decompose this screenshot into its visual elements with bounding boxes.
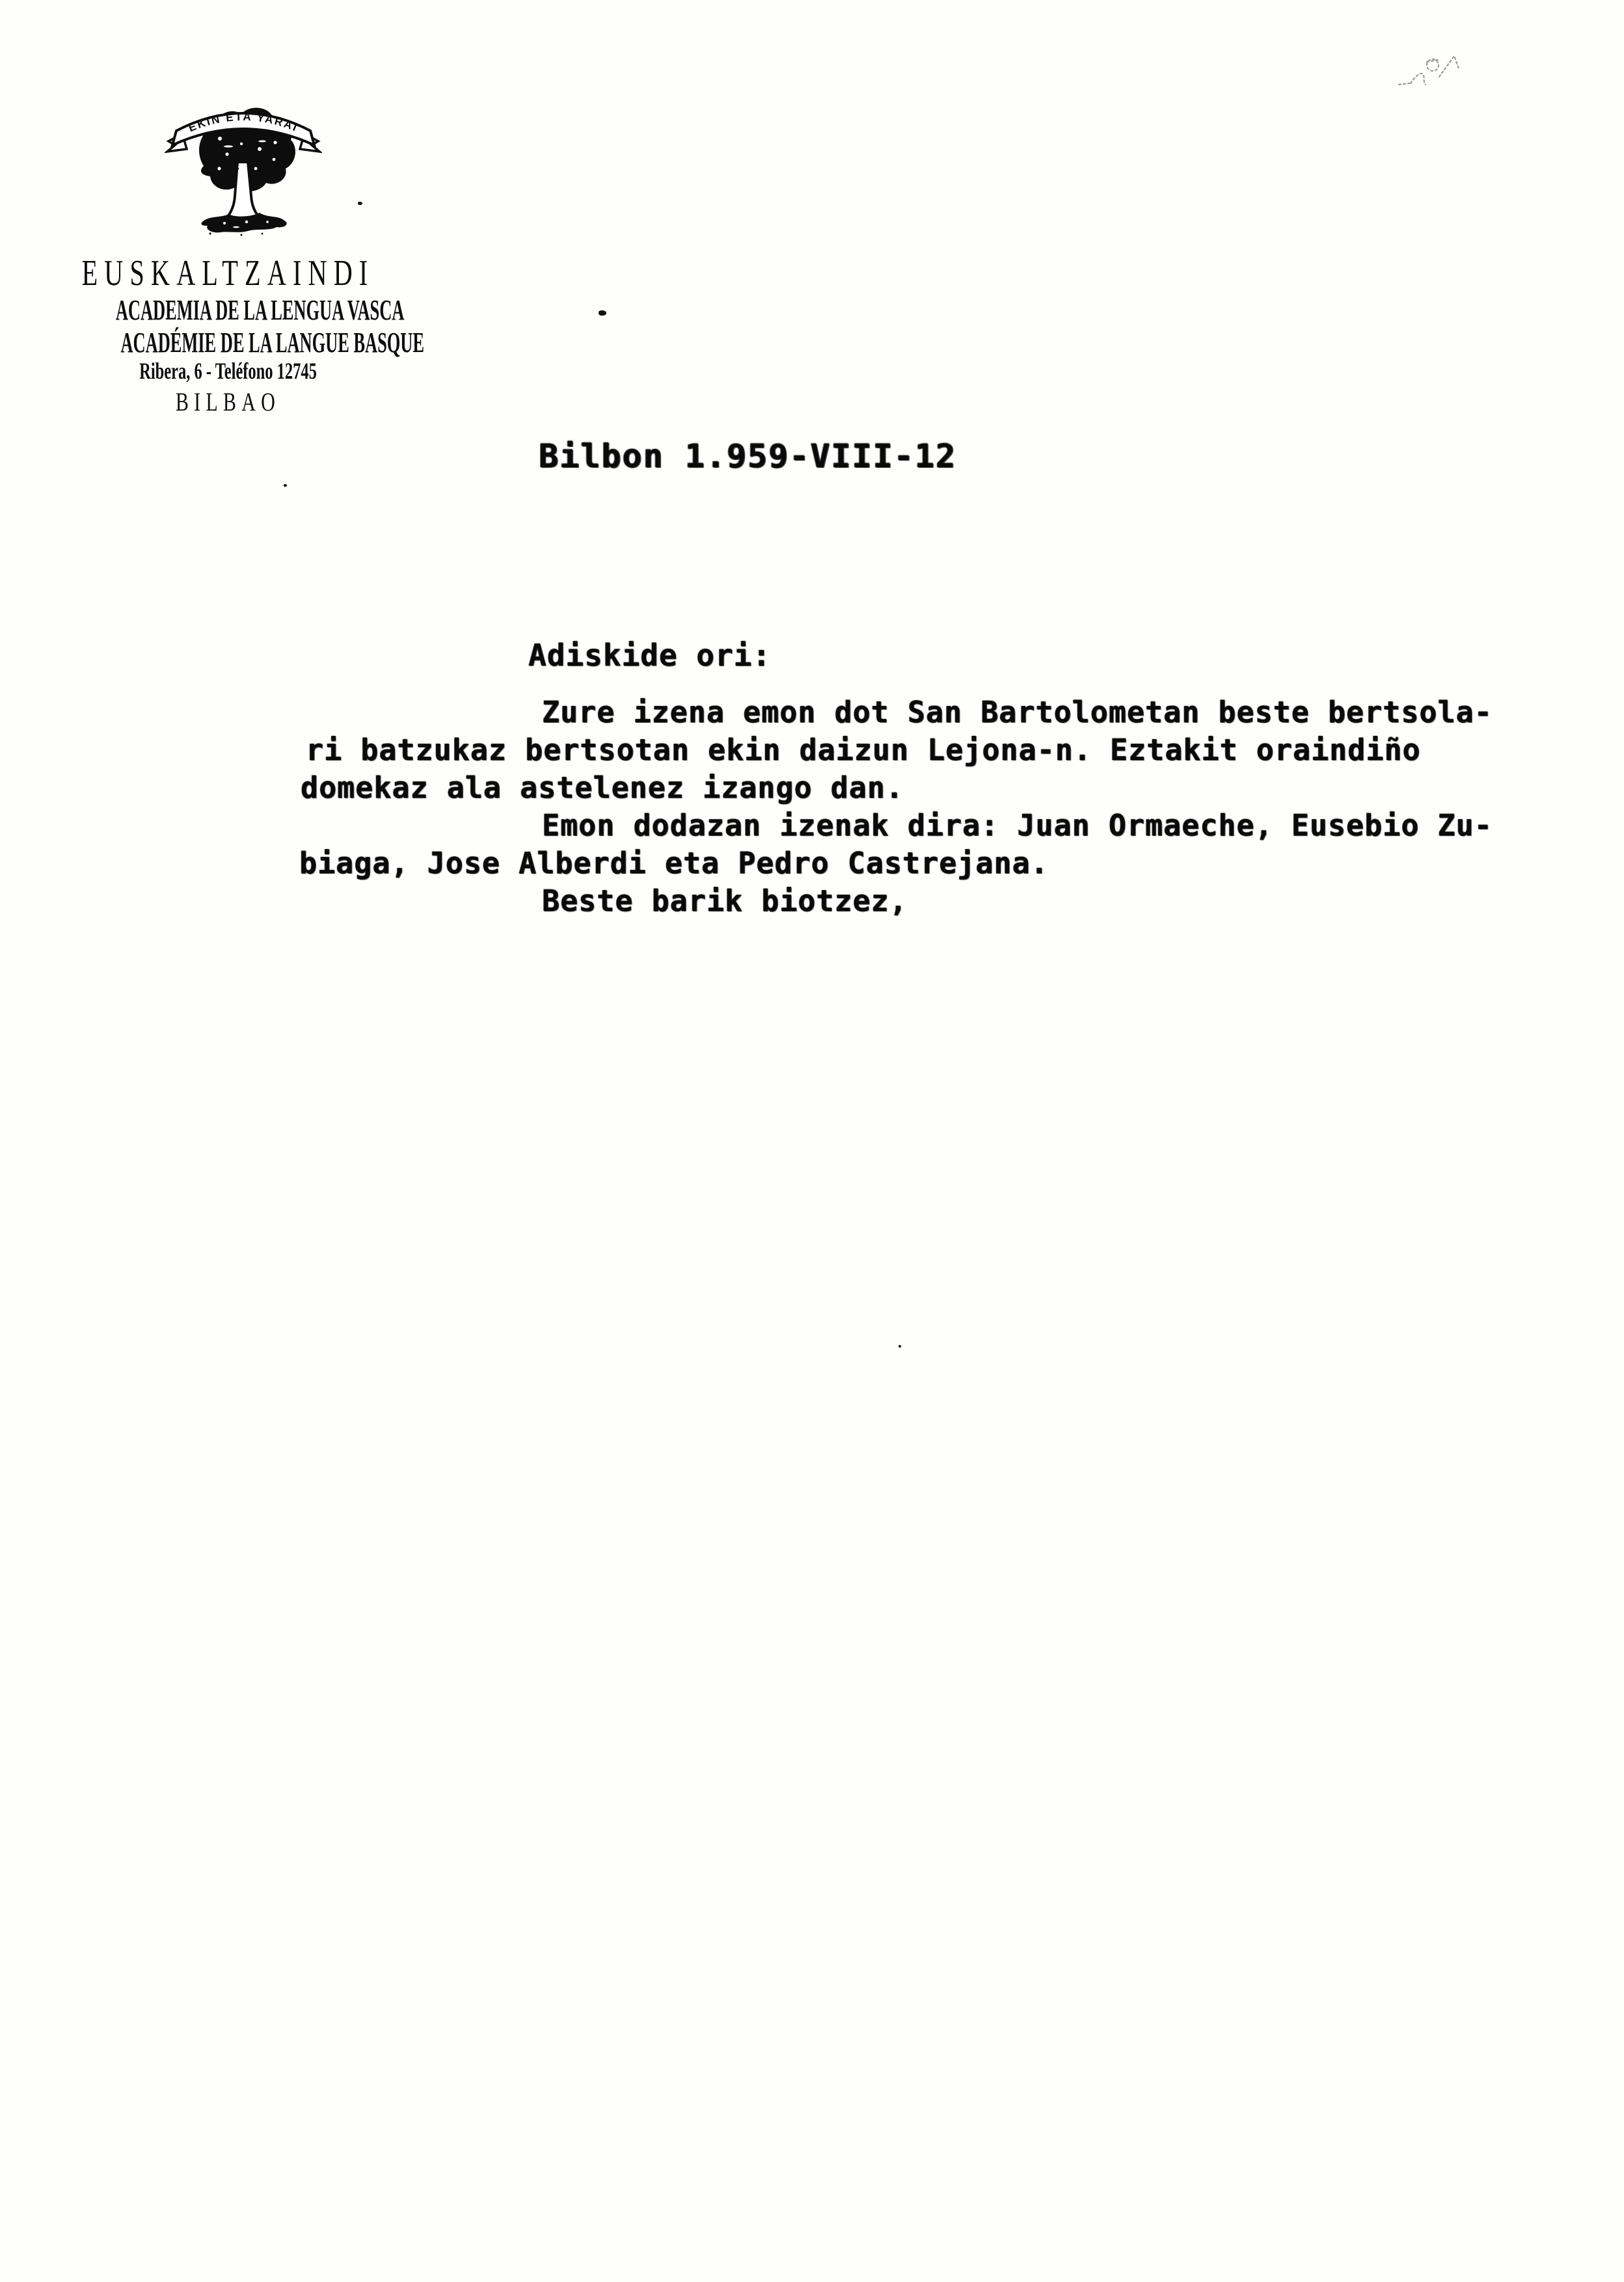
euskaltzaindia-emblem: EKIN ETA YARAI <box>165 87 322 236</box>
closing-line: Beste barik biotzez, <box>542 886 908 916</box>
subtitle-spanish-text: ACADEMIA DE LA LENGUA VASCA <box>116 296 405 325</box>
ink-speck <box>358 202 362 205</box>
body-line: domekaz ala astelenez izango dan. <box>301 773 904 802</box>
body-line: Emon dodazan izenak dira: Juan Ormaeche,… <box>542 811 1493 840</box>
org-name-text: EUSKALTZAINDI <box>81 255 374 292</box>
city-text: BILBAO <box>175 389 280 415</box>
org-name: EUSKALTZAINDI <box>20 255 436 292</box>
address-line: Ribera, 6 - Teléfono 12745 <box>20 359 436 383</box>
body-line: Zure izena emon dot San Bartolometan bes… <box>542 698 1493 727</box>
address-line-text: Ribera, 6 - Teléfono 12745 <box>139 359 317 383</box>
subtitle-french: ACADÉMIE DE LA LANGUE BASQUE <box>20 329 436 357</box>
salutation: Adiskide ori: <box>528 640 771 670</box>
body-line: ri batzukaz bertsotan ekin daizun Lejona… <box>306 735 1421 765</box>
city-line: BILBAO <box>20 389 436 415</box>
body-line: biaga, Jose Alberdi eta Pedro Castrejana… <box>299 849 1049 878</box>
letter-page: EKIN ETA YARAI EUSKALTZAINDI ACADEMIA DE… <box>0 0 1624 2282</box>
tree-of-gernika-logo-icon: EKIN ETA YARAI <box>165 87 322 236</box>
typed-dateline: Bilbon 1.959-VIII-12 <box>539 440 956 472</box>
ink-speck <box>899 1345 901 1348</box>
pencil-scribble-icon <box>1392 44 1483 109</box>
ink-speck <box>284 484 287 487</box>
subtitle-spanish: ACADEMIA DE LA LENGUA VASCA <box>20 296 436 325</box>
grass-specks <box>209 232 263 236</box>
subtitle-french-text: ACADÉMIE DE LA LANGUE BASQUE <box>120 329 424 357</box>
ink-speck <box>599 310 606 316</box>
